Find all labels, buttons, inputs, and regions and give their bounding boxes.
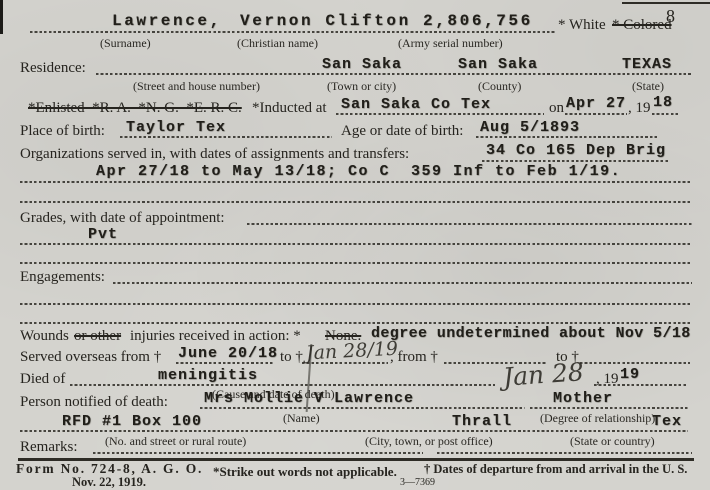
relationship-label: (Degree of relationship) — [540, 411, 655, 426]
overseas-to2-line — [580, 362, 690, 364]
surname-label: (Surname) — [100, 36, 151, 51]
christian-name-label: (Christian name) — [237, 36, 318, 51]
overseas-from-line — [176, 362, 274, 364]
colored-label-struck: * Colored — [612, 17, 672, 34]
grades-line — [247, 223, 692, 225]
top-right-rule — [622, 2, 710, 4]
engagements-line — [113, 282, 692, 284]
state-label: (State) — [632, 79, 664, 94]
inducted-year-value: 18 — [653, 94, 673, 111]
wounds-or-other-struck: or other — [74, 328, 121, 345]
notified-name-line — [200, 407, 525, 409]
overseas-from-value: June 20/18 — [178, 345, 278, 362]
engagements-line2 — [20, 303, 692, 305]
county-label: (County) — [478, 79, 521, 94]
engagements-label: Engagements: — [20, 269, 105, 286]
inducted-at-label: *Inducted at — [252, 100, 327, 117]
organizations-line2-value: Apr 27/18 to May 13/18; Co C 359 Inf to … — [96, 163, 621, 180]
street-label: (Street and house number) — [133, 79, 260, 94]
inducted-place-value: San Saka Co Tex — [341, 96, 491, 113]
town-label: (Town or city) — [327, 79, 396, 94]
strike-note: *Strike out words not applicable. — [213, 464, 397, 480]
residence-line — [96, 73, 692, 75]
notified-state-value: Tex — [652, 413, 682, 430]
residence-state-value: TEXAS — [622, 56, 672, 73]
death-year-value: 19 — [620, 366, 640, 383]
blank-line — [20, 262, 692, 264]
birth-place-value: Taylor Tex — [126, 119, 226, 136]
organizations-line1-value: 34 Co 165 Dep Brig — [486, 142, 666, 159]
notified-street-value: RFD #1 Box 100 — [62, 413, 202, 430]
remarks-line-b — [437, 452, 692, 454]
remarks-label: Remarks: — [20, 439, 78, 456]
inducted-date-line — [565, 113, 627, 115]
enlisted-options-struck: *Enlisted *R. A. *N. G. *E. R. C. — [28, 100, 242, 117]
overseas-label: Served overseas from † — [20, 349, 161, 366]
notified-name-value: Mrs Mollie V Lawrence — [204, 390, 414, 407]
overseas-from2-label: , from † — [390, 349, 438, 366]
notified-label: Person notified of death: — [20, 394, 168, 411]
inducted-date-value: Apr 27 — [566, 95, 626, 112]
inducted-place-line — [336, 113, 544, 115]
name-label: (Name) — [283, 411, 320, 426]
died-of-line — [70, 384, 495, 386]
remarks-line-a — [93, 452, 423, 454]
notified-city-value: Thrall — [452, 413, 512, 430]
inducted-year-line — [652, 113, 678, 115]
died-of-label: Died of — [20, 371, 65, 388]
dagger-note: † Dates of departure from and arrival in… — [424, 462, 687, 477]
birth-place-line — [120, 136, 332, 138]
overseas-to-label: to † — [280, 349, 303, 366]
birth-place-label: Place of birth: — [20, 123, 105, 140]
died-of-value: meningitis — [158, 367, 258, 384]
surname-value: Lawrence, — [112, 12, 222, 30]
death-date-handwritten: Jan 28 — [502, 357, 585, 392]
birth-age-line — [476, 136, 658, 138]
organizations-line1 — [482, 160, 668, 162]
wounds-label-mid: injuries received in action: * — [130, 328, 301, 345]
grades-label: Grades, with date of appointment: — [20, 210, 225, 227]
wounds-value: degree undetermined about Nov 5/18 — [371, 325, 691, 342]
rural-route-label: (No. and street or rural route) — [105, 434, 246, 449]
grades-line2 — [20, 243, 692, 245]
address-line — [20, 430, 688, 432]
inducted-on-label: on — [549, 100, 564, 117]
residence-town-value: San Saka — [322, 56, 402, 73]
wounds-label-start: Wounds — [20, 328, 69, 345]
residence-label: Residence: — [20, 60, 86, 77]
death-year-line — [594, 384, 688, 386]
birth-age-value: Aug 5/1893 — [480, 119, 580, 136]
grades-value: Pvt — [88, 226, 118, 243]
white-label: * White — [558, 17, 606, 34]
scan-edge-artifact — [0, 0, 3, 34]
form-date: Nov. 22, 1919. — [72, 475, 146, 490]
notified-relation-value: Mother — [553, 390, 613, 407]
engagements-line3 — [20, 322, 692, 324]
post-office-label: (City, town, or post office) — [365, 434, 493, 449]
blank-line — [20, 201, 692, 203]
service-record-card: 8 Lawrence, Vernon Clifton 2,806,756 * W… — [0, 0, 710, 490]
inducted-year-prefix: , 19 — [628, 100, 651, 117]
birth-age-label: Age or date of birth: — [341, 123, 463, 140]
notified-relation-line — [530, 407, 690, 409]
state-country-label: (State or country) — [570, 434, 655, 449]
christian-serial-value: Vernon Clifton 2,806,756 — [240, 12, 533, 30]
name-line — [30, 31, 556, 33]
residence-county-value: San Saka — [458, 56, 538, 73]
organizations-label: Organizations served in, with dates of a… — [20, 146, 409, 163]
organizations-line2 — [20, 181, 692, 183]
serial-number-label: (Army serial number) — [398, 36, 503, 51]
overseas-to-value-handwritten: Jan 28/19 — [305, 338, 398, 365]
print-code: 3—7369 — [400, 477, 435, 488]
